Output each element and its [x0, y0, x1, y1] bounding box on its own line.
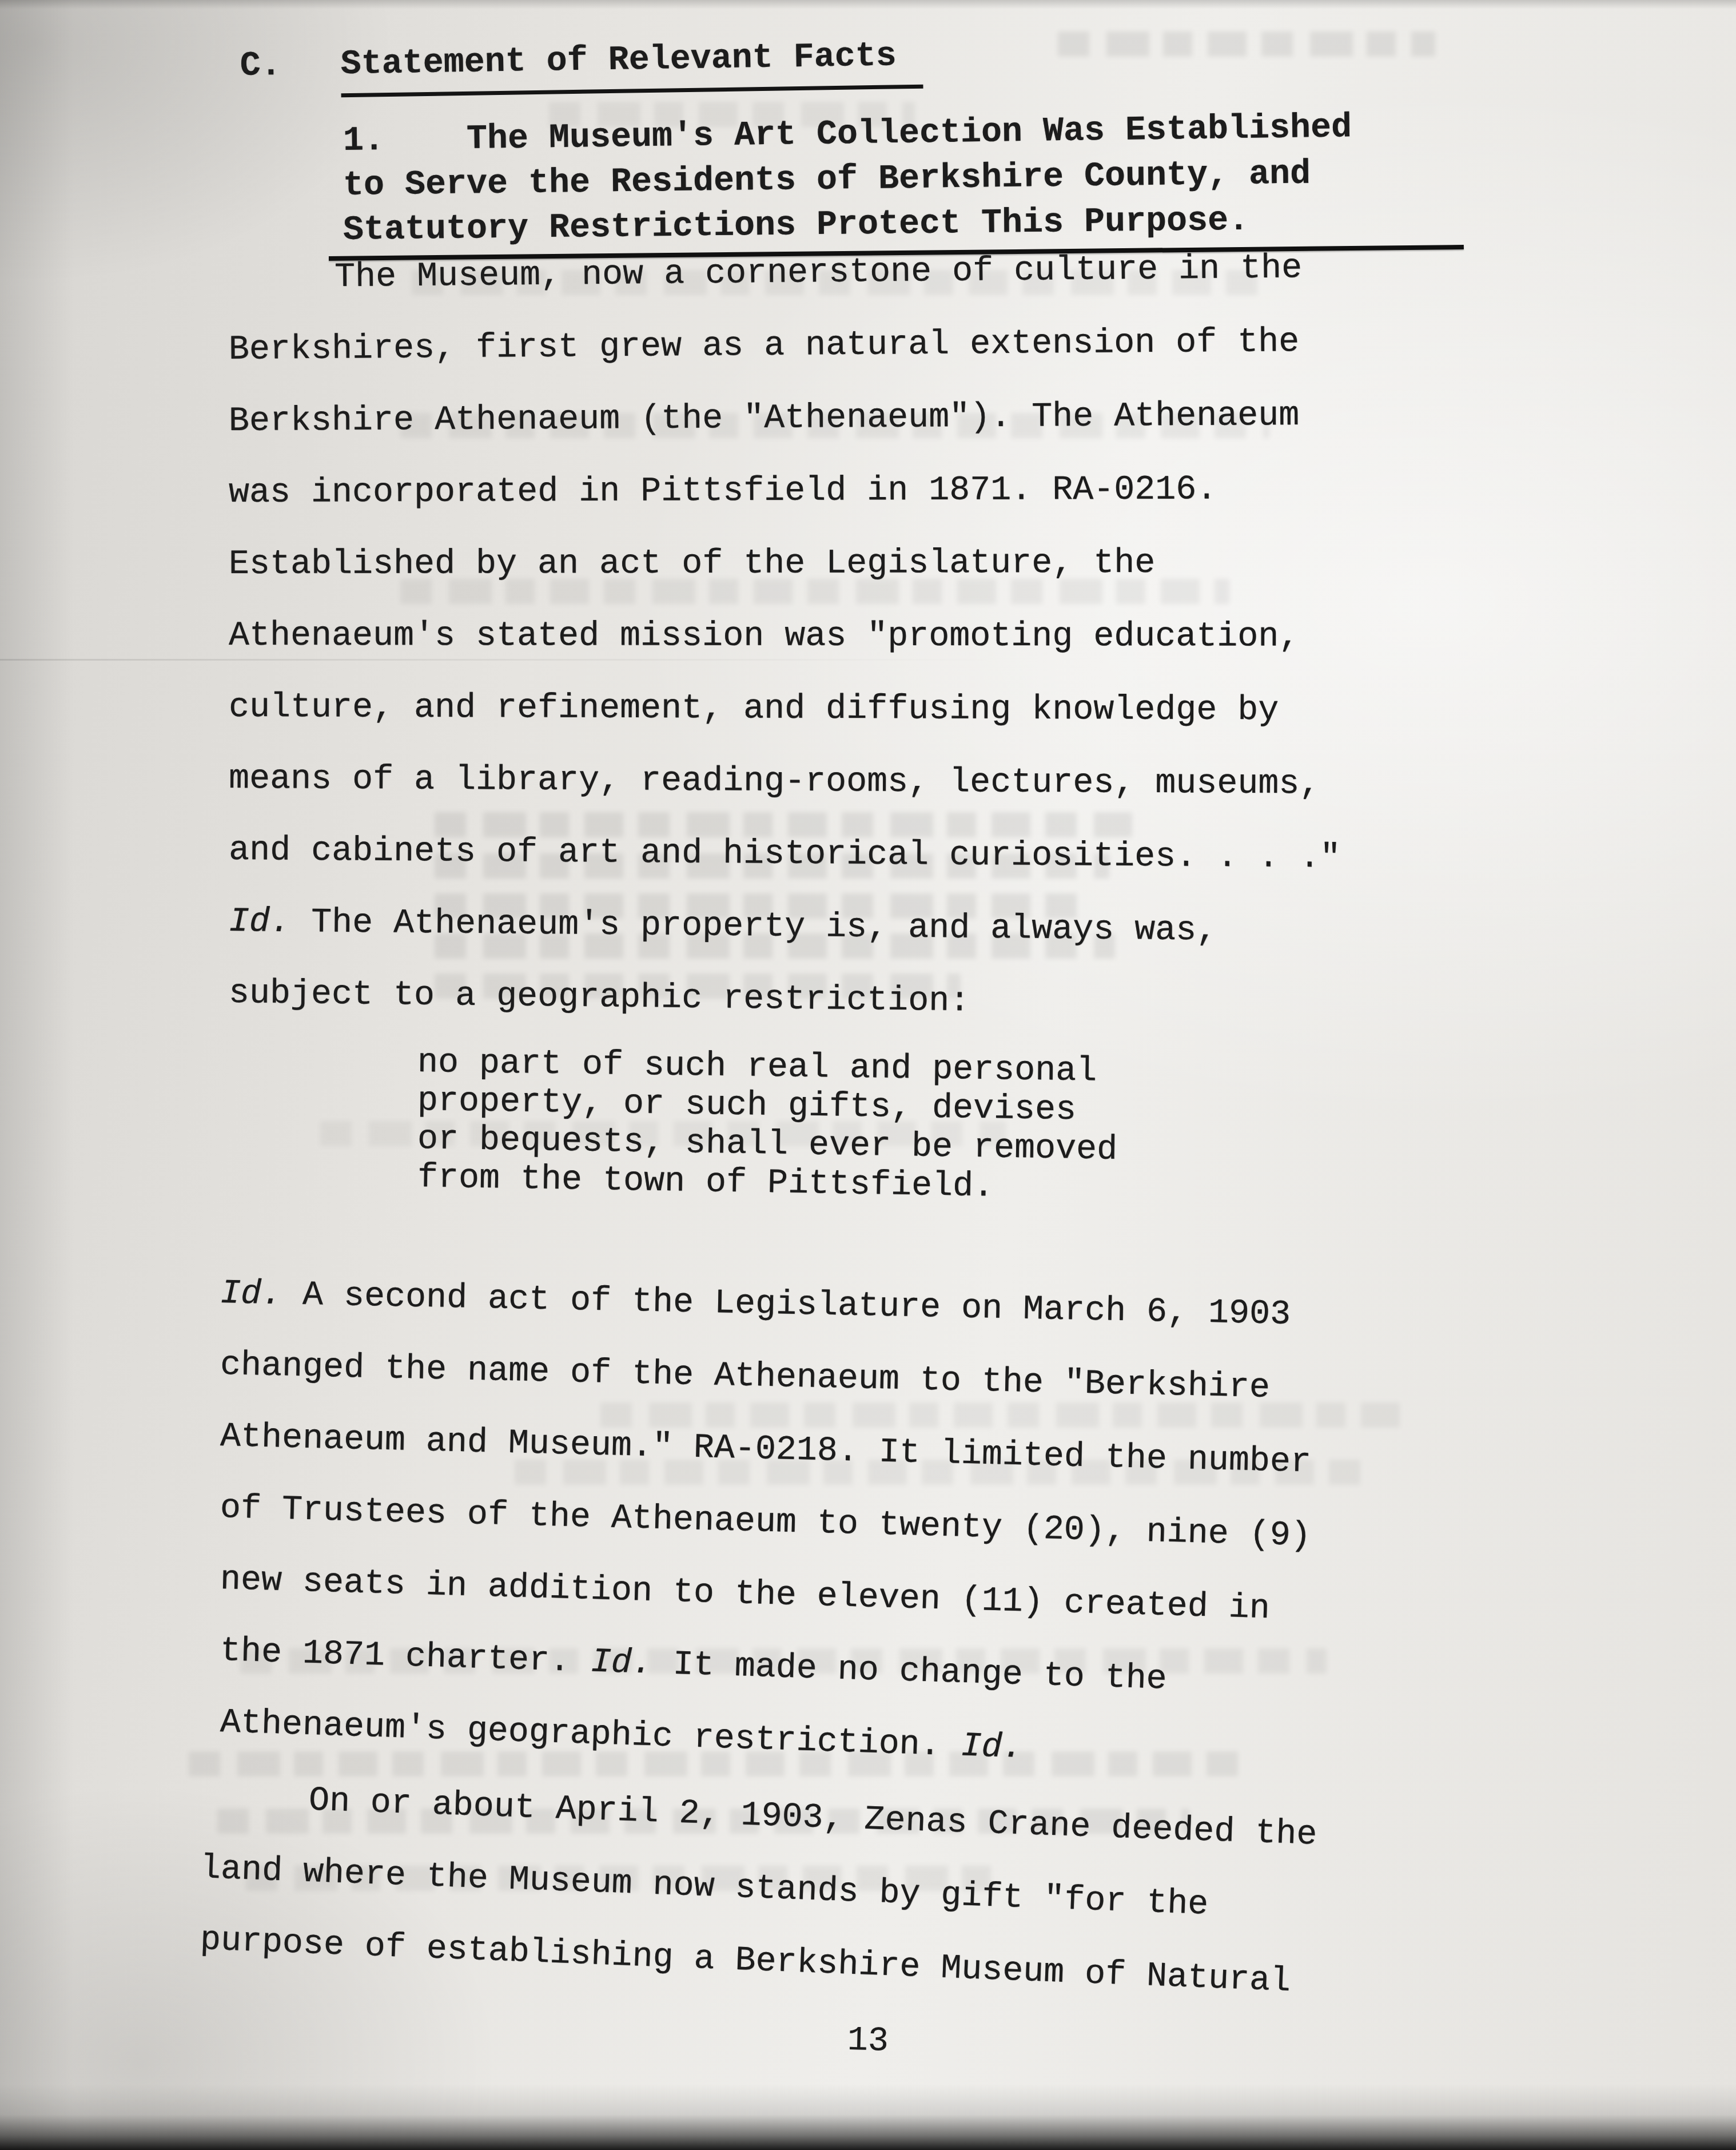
text-line: subject to a geographic restriction:	[228, 958, 1341, 1042]
text-segment: The Athenaeum's property is, and always …	[290, 903, 1217, 951]
text-segment: Athenaeum's geographic restriction.	[220, 1703, 962, 1766]
section-label: C.	[240, 46, 281, 86]
paragraph-2: Id. A second act of the Legislature on M…	[220, 1258, 1311, 1759]
bleed-through-band	[1058, 31, 1435, 57]
text-line: Id. The Athenaeum's property is, and alw…	[228, 887, 1340, 968]
text-line: was incorporated in Pittsfield in 1871. …	[229, 454, 1341, 529]
citation-id: Id.	[229, 903, 291, 942]
subsection-heading: 1. The Museum's Art Collection Was Estab…	[343, 119, 1352, 253]
text-segment: It made no change to the	[652, 1645, 1168, 1699]
paragraph-3: On or about April 2, 1903, Zenas Crane d…	[200, 1762, 1317, 1976]
page-number: 13	[0, 1999, 1736, 2083]
text-segment: A second act of the Legislature on March…	[281, 1275, 1291, 1334]
citation-id: Id.	[590, 1643, 653, 1683]
text-line: Athenaeum's stated mission was "promotin…	[229, 601, 1340, 673]
scanned-page: C.Statement of Relevant Facts 1. The Mus…	[0, 0, 1736, 2150]
paragraph-1: The Museum, now a cornerstone of culture…	[229, 243, 1340, 1030]
block-quote: no part of such real and personalpropert…	[417, 1044, 1117, 1197]
citation-id: Id.	[220, 1274, 282, 1314]
text-line: Established by an act of the Legislature…	[229, 528, 1340, 601]
text-line: and cabinets of art and historical curio…	[229, 815, 1341, 895]
text-line: means of a library, reading-rooms, lectu…	[229, 744, 1341, 821]
section-title: Statement of Relevant Facts	[340, 37, 923, 98]
text-line: culture, and refinement, and diffusing k…	[229, 672, 1341, 747]
text-segment: the 1871 charter.	[220, 1632, 591, 1682]
text-line: The Museum, now a cornerstone of culture…	[228, 233, 1340, 315]
text-line: Berkshire Athenaeum (the "Athenaeum"). T…	[229, 380, 1341, 458]
text-line: Berkshires, first grew as a natural exte…	[229, 307, 1341, 386]
section-heading: C.Statement of Relevant Facts	[240, 37, 923, 99]
